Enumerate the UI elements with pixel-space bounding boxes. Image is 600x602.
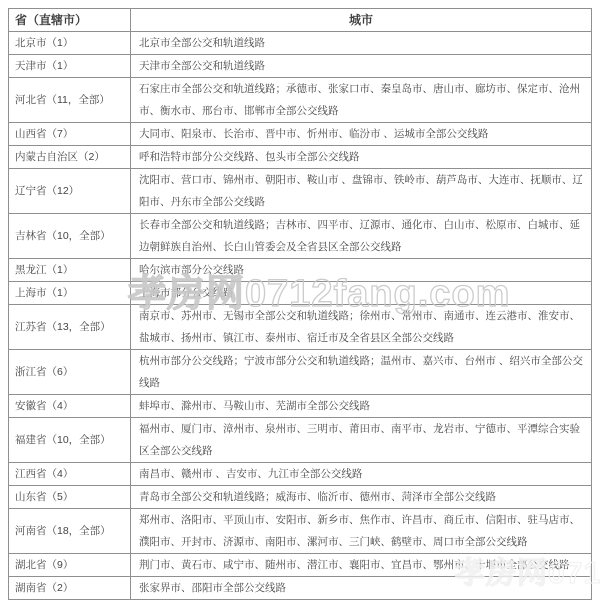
province-cell: 湖南省（2）	[9, 577, 131, 600]
province-cell: 内蒙古自治区（2）	[9, 146, 131, 169]
province-cell: 浙江省（6）	[9, 350, 131, 395]
table-row: 福建省（10，全部） 福州市、厦门市、漳州市、泉州市、三明市、莆田市、南平市、龙…	[9, 418, 592, 463]
province-cell: 上海市（1）	[9, 282, 131, 305]
province-cell: 河南省（18，全部）	[9, 509, 131, 554]
province-cell: 山东省（5）	[9, 486, 131, 509]
province-cell: 天津市（1）	[9, 55, 131, 78]
table-row: 吉林省（10，全部） 长春市全部公交和轨道线路；吉林市、四平市、辽源市、通化市、…	[9, 214, 592, 259]
cities-cell: 长春市全部公交和轨道线路；吉林市、四平市、辽源市、通化市、白山市、松原市、白城市…	[131, 214, 592, 259]
table-row: 天津市（1） 天津市全部公交和轨道线路	[9, 55, 592, 78]
table-row: 辽宁省（12） 沈阳市、营口市、锦州市、朝阳市、鞍山市 、盘锦市、铁岭市、葫芦岛…	[9, 169, 592, 214]
table-row: 江西省（4） 南昌市、赣州市 、吉安市、九江市全部公交线路	[9, 463, 592, 486]
bus-coverage-table: 省（直辖市） 城市 北京市（1） 北京市全部公交和轨道线路 天津市（1） 天津市…	[8, 8, 592, 600]
cities-cell: 上海市部分公交线路	[131, 282, 592, 305]
cities-cell: 石家庄市全部公交和轨道线路；承德市、张家口市、秦皇岛市、唐山市、廊坊市、保定市、…	[131, 78, 592, 123]
cities-cell: 蚌埠市、滁州市、马鞍山市、芜湖市全部公交线路	[131, 395, 592, 418]
cities-cell: 青岛市全部公交和轨道线路；威海市、临沂市、德州市、菏泽市全部公交线路	[131, 486, 592, 509]
province-cell: 山西省（7）	[9, 123, 131, 146]
table-row: 江苏省（13，全部） 南京市、苏州市、无锡市全部公交和轨道线路；徐州市、常州市、…	[9, 305, 592, 350]
table-row: 北京市（1） 北京市全部公交和轨道线路	[9, 32, 592, 55]
cities-cell: 呼和浩特市部分公交线路、包头市全部公交线路	[131, 146, 592, 169]
table-row: 河北省（11，全部） 石家庄市全部公交和轨道线路；承德市、张家口市、秦皇岛市、唐…	[9, 78, 592, 123]
province-cell: 吉林省（10，全部）	[9, 214, 131, 259]
table-header-row: 省（直辖市） 城市	[9, 9, 592, 32]
table-body: 北京市（1） 北京市全部公交和轨道线路 天津市（1） 天津市全部公交和轨道线路 …	[9, 32, 592, 600]
table-row: 湖北省（9） 荆门市、黄石市、咸宁市、随州市、潜江市、襄阳市、宜昌市、鄂州市、十…	[9, 554, 592, 577]
table-row: 黑龙江（1） 哈尔滨市部分公交线路	[9, 259, 592, 282]
province-cell: 湖北省（9）	[9, 554, 131, 577]
cities-cell: 荆门市、黄石市、咸宁市、随州市、潜江市、襄阳市、宜昌市、鄂州市、十堰市全部公交线…	[131, 554, 592, 577]
table-row: 山东省（5） 青岛市全部公交和轨道线路；威海市、临沂市、德州市、菏泽市全部公交线…	[9, 486, 592, 509]
cities-cell: 哈尔滨市部分公交线路	[131, 259, 592, 282]
province-cell: 福建省（10，全部）	[9, 418, 131, 463]
province-cell: 江苏省（13，全部）	[9, 305, 131, 350]
table-row: 浙江省（6） 杭州市部分公交线路；宁波市部分公交和轨道线路；温州市、嘉兴市、台州…	[9, 350, 592, 395]
table-row: 河南省（18，全部） 郑州市、洛阳市、平顶山市、安阳市、新乡市、焦作市、许昌市、…	[9, 509, 592, 554]
province-cell: 北京市（1）	[9, 32, 131, 55]
cities-cell: 福州市、厦门市、漳州市、泉州市、三明市、莆田市、南平市、龙岩市、宁德市、平潭综合…	[131, 418, 592, 463]
province-cell: 黑龙江（1）	[9, 259, 131, 282]
table-row: 安徽省（4） 蚌埠市、滁州市、马鞍山市、芜湖市全部公交线路	[9, 395, 592, 418]
province-cell: 江西省（4）	[9, 463, 131, 486]
cities-cell: 沈阳市、营口市、锦州市、朝阳市、鞍山市 、盘锦市、铁岭市、葫芦岛市、大连市、抚顺…	[131, 169, 592, 214]
province-cell: 河北省（11，全部）	[9, 78, 131, 123]
cities-cell: 杭州市部分公交线路；宁波市部分公交和轨道线路；温州市、嘉兴市、台州市 、绍兴市全…	[131, 350, 592, 395]
header-province: 省（直辖市）	[9, 9, 131, 32]
table-row: 内蒙古自治区（2） 呼和浩特市部分公交线路、包头市全部公交线路	[9, 146, 592, 169]
cities-cell: 南昌市、赣州市 、吉安市、九江市全部公交线路	[131, 463, 592, 486]
header-cities: 城市	[131, 9, 592, 32]
table-row: 湖南省（2） 张家界市、邵阳市全部公交线路	[9, 577, 592, 600]
cities-cell: 张家界市、邵阳市全部公交线路	[131, 577, 592, 600]
cities-cell: 大同市、阳泉市、长治市、晋中市、忻州市、临汾市 、运城市全部公交线路	[131, 123, 592, 146]
province-cell: 安徽省（4）	[9, 395, 131, 418]
cities-cell: 天津市全部公交和轨道线路	[131, 55, 592, 78]
bus-coverage-page: 省（直辖市） 城市 北京市（1） 北京市全部公交和轨道线路 天津市（1） 天津市…	[0, 0, 600, 602]
cities-cell: 郑州市、洛阳市、平顶山市、安阳市、新乡市、焦作市、许昌市、商丘市、信阳市、驻马店…	[131, 509, 592, 554]
province-cell: 辽宁省（12）	[9, 169, 131, 214]
cities-cell: 北京市全部公交和轨道线路	[131, 32, 592, 55]
table-row: 山西省（7） 大同市、阳泉市、长治市、晋中市、忻州市、临汾市 、运城市全部公交线…	[9, 123, 592, 146]
cities-cell: 南京市、苏州市、无锡市全部公交和轨道线路；徐州市、常州市、南通市、连云港市、淮安…	[131, 305, 592, 350]
table-row: 上海市（1） 上海市部分公交线路	[9, 282, 592, 305]
